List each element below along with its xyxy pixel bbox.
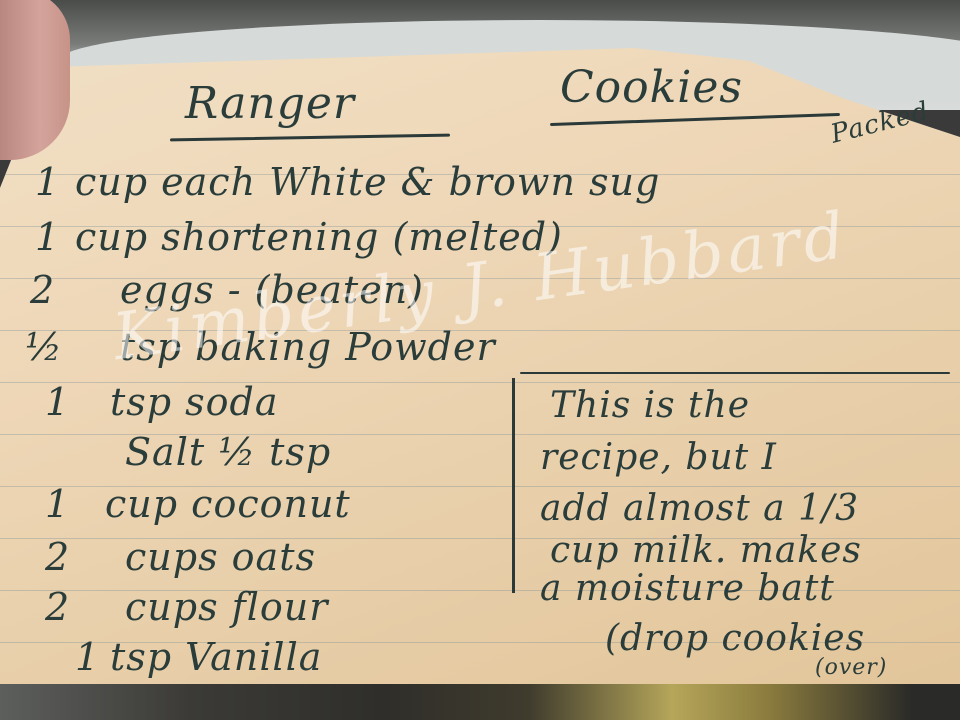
ingredient-text: tsp Vanilla <box>110 635 322 679</box>
ingredient-qty: 1 <box>75 635 100 679</box>
ingredient-qty: 2 <box>30 268 55 312</box>
ingredient-text: cups oats <box>125 535 316 579</box>
ingredient-qty: 2 <box>45 535 70 579</box>
ingredient-text: Salt ½ tsp <box>125 430 331 474</box>
note-line: add almost a 1/3 <box>540 488 859 529</box>
ingredient-text: tsp soda <box>110 380 279 424</box>
note-line: recipe, but I <box>540 437 777 478</box>
ingredient-qty: 1 <box>45 380 70 424</box>
note-line: cup milk. makes <box>550 530 862 571</box>
over-note: (over) <box>815 655 887 680</box>
ingredient-qty: 1 <box>35 215 60 259</box>
ingredient-text: cup coconut <box>105 482 351 526</box>
ingredient-qty: ½ <box>25 325 63 369</box>
ingredient-qty: 1 <box>45 482 70 526</box>
ingredient-text: cup each White & brown sug <box>75 160 660 204</box>
ingredient-qty: 2 <box>45 585 70 629</box>
note-top-rule <box>520 372 950 374</box>
note-left-bar <box>512 378 515 593</box>
drop-cookies-note: (drop cookies <box>605 618 865 659</box>
title-word-2: Cookies <box>560 62 743 113</box>
title-word-1: Ranger <box>185 78 355 129</box>
note-line: This is the <box>550 385 750 426</box>
ingredient-text: cups flour <box>125 585 328 629</box>
ingredient-qty: 1 <box>35 160 60 204</box>
note-line: a moisture batt <box>540 568 835 609</box>
background-table <box>0 680 960 720</box>
